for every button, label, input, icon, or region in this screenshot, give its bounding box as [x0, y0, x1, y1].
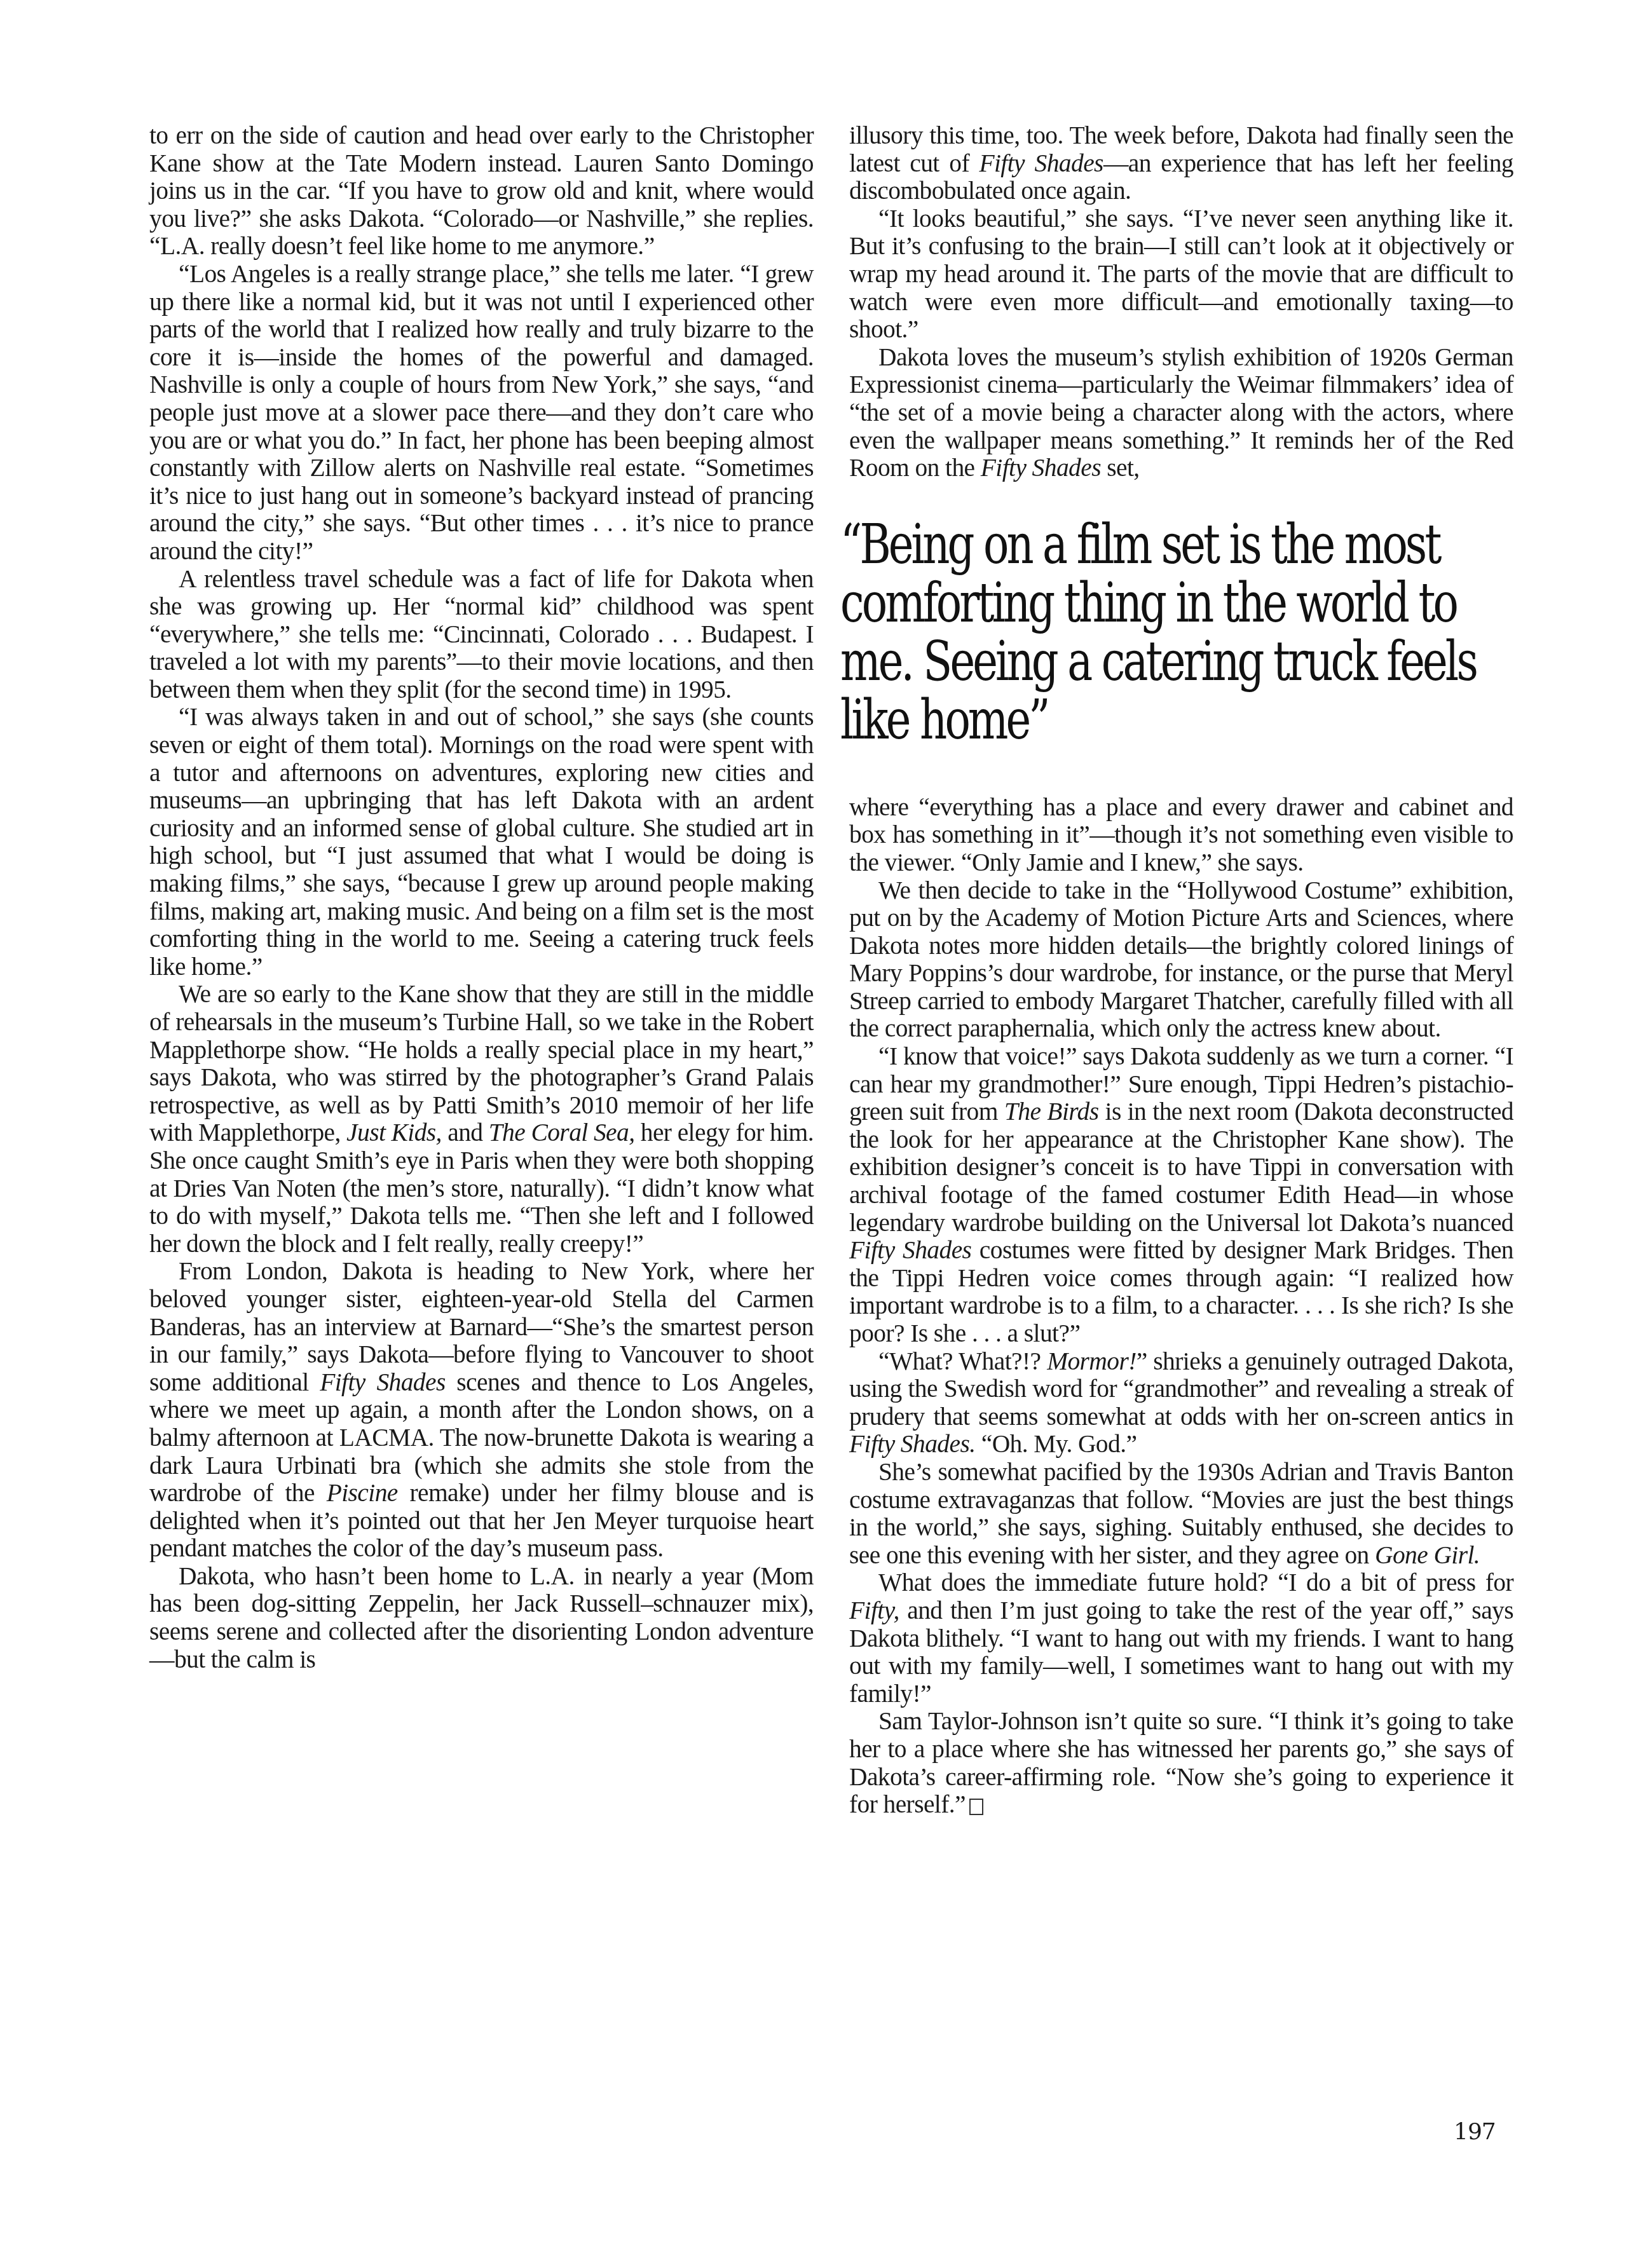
- body-paragraph: Dakota loves the museum’s stylish exhibi…: [849, 344, 1513, 482]
- paragraph-text: set,: [1101, 454, 1140, 482]
- end-mark-icon: [969, 1799, 983, 1815]
- body-paragraph: We then decide to take in the “Hollywood…: [849, 877, 1513, 1044]
- italic-title-text: Fifty,: [849, 1596, 899, 1624]
- italic-title-text: The Coral Sea,: [489, 1119, 635, 1147]
- italic-title-text: Piscine: [327, 1479, 398, 1507]
- body-paragraph: We are so early to the Kane show that th…: [149, 981, 814, 1258]
- paragraph-text: “It looks beautiful,” she says. “I’ve ne…: [849, 205, 1513, 343]
- body-paragraph: where “everything has a place and every …: [849, 794, 1513, 877]
- right-column-before-quote: illusory this time, too. The week before…: [849, 122, 1513, 482]
- body-paragraph: “Los Angeles is a really strange place,”…: [149, 261, 814, 566]
- italic-title-text: Fifty Shades.: [849, 1430, 975, 1458]
- paragraph-text: Sam Taylor-Johnson isn’t quite so sure. …: [849, 1707, 1513, 1818]
- paragraph-text: “What? What?!?: [878, 1347, 1047, 1375]
- italic-title-text: Gone Girl.: [1375, 1541, 1480, 1569]
- page-number: 197: [1454, 2119, 1496, 2145]
- italic-title-text: The Birds: [1004, 1098, 1099, 1126]
- body-paragraph: A relentless travel schedule was a fact …: [149, 566, 814, 704]
- paragraph-text: and then I’m just going to take the rest…: [849, 1596, 1513, 1708]
- italic-title-text: Fifty Shades: [981, 454, 1101, 482]
- italic-title-text: Mormor!: [1047, 1347, 1137, 1375]
- paragraph-text: Dakota loves the museum’s stylish exhibi…: [849, 343, 1513, 482]
- paragraph-text: where “everything has a place and every …: [849, 793, 1513, 876]
- body-paragraph: “What? What?!? Mormor!” shrieks a genuin…: [849, 1348, 1513, 1459]
- paragraph-text: to err on the side of caution and head o…: [149, 121, 814, 260]
- body-paragraph: “I was always taken in and out of school…: [149, 704, 814, 981]
- paragraph-text: and: [442, 1119, 489, 1147]
- paragraph-text: “Oh. My. God.”: [975, 1430, 1137, 1458]
- right-column-after-quote: where “everything has a place and every …: [849, 794, 1513, 1819]
- body-paragraph: to err on the side of caution and head o…: [149, 122, 814, 261]
- body-paragraph: “It looks beautiful,” she says. “I’ve ne…: [849, 205, 1513, 344]
- paragraph-text: What does the immediate future hold? “I …: [878, 1569, 1513, 1596]
- body-paragraph: From London, Dakota is heading to New Yo…: [149, 1258, 814, 1563]
- right-text-column: illusory this time, too. The week before…: [849, 122, 1513, 1819]
- magazine-page: to err on the side of caution and head o…: [0, 0, 1652, 2246]
- pull-quote: “Being on a film set is the most comfort…: [840, 515, 1505, 749]
- body-paragraph: illusory this time, too. The week before…: [849, 122, 1513, 205]
- paragraph-text: “Los Angeles is a really strange place,”…: [149, 260, 814, 565]
- body-paragraph: Dakota, who hasn’t been home to L.A. in …: [149, 1563, 814, 1673]
- paragraph-text: A relentless travel schedule was a fact …: [149, 565, 814, 704]
- paragraph-text: Dakota, who hasn’t been home to L.A. in …: [149, 1562, 814, 1673]
- italic-title-text: Fifty Shades: [320, 1368, 446, 1396]
- italic-title-text: Just Kids,: [346, 1119, 442, 1147]
- left-text-column: to err on the side of caution and head o…: [149, 122, 814, 1673]
- paragraph-text: “I was always taken in and out of school…: [149, 703, 814, 980]
- body-paragraph: Sam Taylor-Johnson isn’t quite so sure. …: [849, 1708, 1513, 1818]
- body-paragraph: “I know that voice!” says Dakota suddenl…: [849, 1043, 1513, 1348]
- paragraph-text: We then decide to take in the “Hollywood…: [849, 876, 1513, 1043]
- italic-title-text: Fifty Shades: [979, 149, 1103, 177]
- italic-title-text: Fifty Shades: [849, 1236, 971, 1264]
- body-paragraph: What does the immediate future hold? “I …: [849, 1569, 1513, 1708]
- body-paragraph: She’s somewhat pacified by the 1930s Adr…: [849, 1459, 1513, 1569]
